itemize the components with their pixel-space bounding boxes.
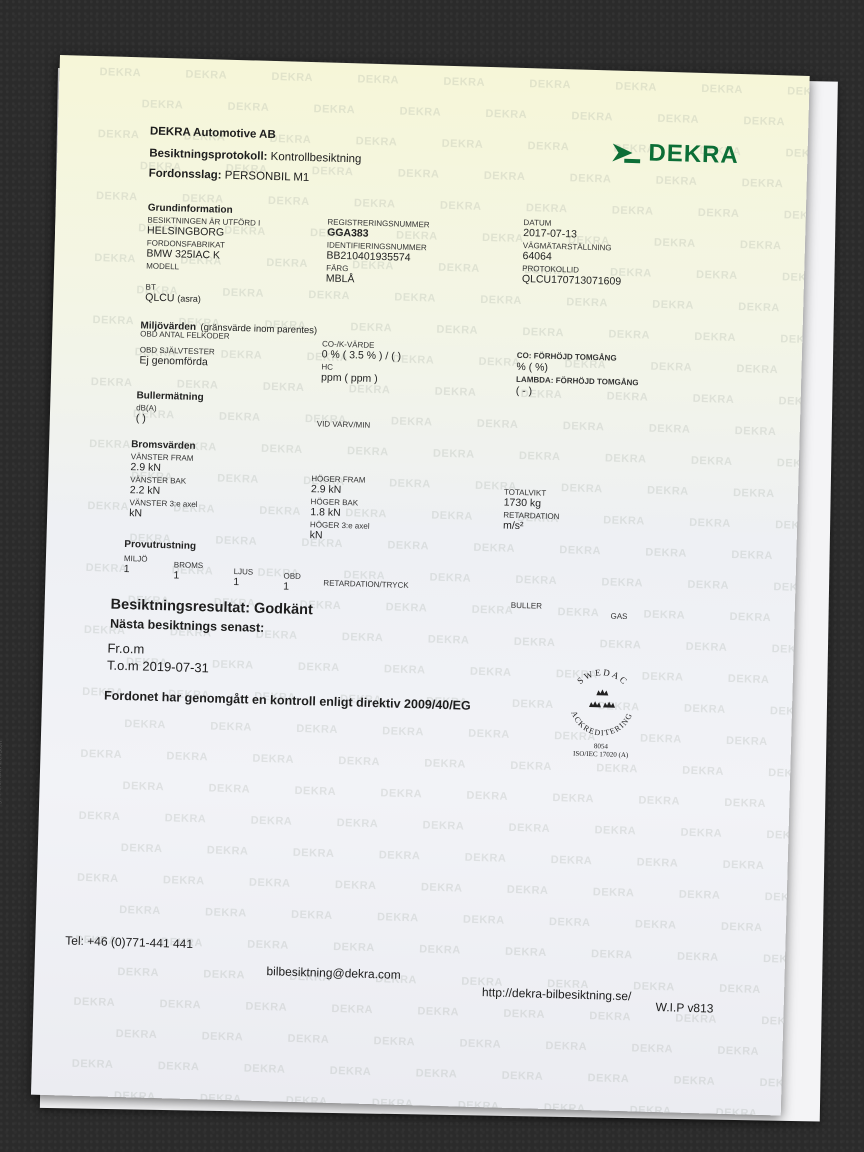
svg-text:ACKREDITERING: ACKREDITERING	[569, 709, 635, 738]
directive-statement: Fordonet har genomgått en kontroll enlig…	[104, 688, 471, 712]
label-bt: BT	[145, 282, 155, 291]
value-registration: GGA383	[327, 227, 369, 240]
vehicle-type-label: Fordonsslag:	[149, 168, 222, 182]
equipment-value: 1	[124, 563, 130, 575]
value-lambda: ( - )	[516, 385, 533, 397]
value-noise: ( )	[136, 412, 146, 424]
vehicle-type-line: Fordonsslag: PERSONBIL M1	[149, 168, 310, 184]
side-print-text: DEKRA 3386/ø91-05.12 Papier aus 100% chl…	[0, 740, 4, 963]
value-date: 2017-07-13	[523, 227, 577, 240]
section-basic-info: Grundinformation	[148, 203, 233, 216]
label-noise-rpm: VID VARV/MIN	[317, 419, 371, 429]
section-brakes: Bromsvärden	[131, 439, 196, 452]
dekra-arrow-icon	[612, 141, 641, 164]
inspection-protocol-sheet: DEKRADEKRADEKRADEKRADEKRADEKRADEKRADEKRA…	[31, 55, 810, 1116]
value-left-front: 2.9 kN	[130, 461, 161, 474]
swedac-crown-seal-icon: SWEDAC ACKREDITERING	[561, 664, 643, 738]
value-total-weight: 1730 kg	[504, 497, 542, 510]
value-retardation: m/s²	[503, 520, 524, 533]
equipment-label: BULLER	[511, 601, 542, 611]
value-identification: BB210401935574	[326, 250, 410, 264]
value-left-third: kN	[129, 507, 142, 519]
svg-text:SWEDAC: SWEDAC	[575, 666, 631, 687]
dekra-watermark: DEKRADEKRADEKRADEKRADEKRADEKRADEKRADEKRA…	[31, 55, 810, 1116]
dekra-logo-text: DEKRA	[648, 139, 739, 170]
to-value: 2019-07-31	[142, 659, 209, 676]
value-manufacturer: BMW 325IAC K	[146, 247, 220, 261]
value-bt: QLCU (asra)	[145, 291, 201, 305]
value-protocol-id: QLCU170713071609	[522, 273, 622, 288]
value-co-idle: % ( %)	[516, 361, 548, 374]
value-left-rear: 2.2 kN	[130, 484, 161, 497]
company-name: DEKRA Automotive AB	[150, 126, 276, 142]
equipment-label: RETARDATION/TRYCK	[323, 579, 409, 590]
dekra-logo: DEKRA	[612, 138, 739, 170]
bt-code: QLCU	[145, 291, 175, 304]
label-model: MODELL	[146, 261, 179, 271]
value-co-k: 0 % ( 3.5 % ) / ( )	[322, 348, 402, 362]
value-hc: ppm ( ppm )	[321, 371, 378, 385]
inspection-result: Besiktningsresultat: Godkänt	[110, 597, 313, 619]
section-test-equipment: Provutrustning	[124, 539, 196, 552]
protocol-line: Besiktningsprotokoll: Kontrollbesiktning	[149, 148, 361, 166]
label-obd-fault-codes: OBD ANTAL FELKODER	[140, 329, 230, 340]
value-inspection-location: HELSINGBORG	[147, 225, 224, 239]
vehicle-type-value: PERSONBIL M1	[225, 170, 310, 184]
equipment-label: OBD	[283, 571, 301, 580]
accreditation-standard: ISO/IEC 17020 (A)	[561, 749, 641, 759]
value-right-rear: 1.8 kN	[310, 506, 341, 519]
to-date-row: T.o.m 2019-07-31	[107, 658, 209, 676]
bt-note: (asra)	[177, 293, 201, 304]
section-noise: Bullermätning	[136, 390, 204, 403]
footer-phone: Tel: +46 (0)771-441 441	[65, 933, 193, 951]
equipment-label: GAS	[610, 612, 627, 621]
from-date-row: Fr.o.m	[107, 641, 144, 657]
equipment-value: 1	[283, 580, 289, 592]
footer-email[interactable]: bilbesiktning@dekra.com	[266, 964, 401, 982]
label-hc: HC	[321, 362, 333, 371]
footer-version: W.I.P v813	[655, 1000, 713, 1016]
swedac-accreditation-seal: SWEDAC ACKREDITERING 8054 ISO/IEC 17020 …	[560, 664, 643, 766]
next-inspection-label: Nästa besiktnings senast:	[110, 617, 265, 635]
value-obd-selftest: Ej genomförda	[139, 354, 208, 368]
test-equipment-list: MILJÖ1BROMS1LJUS1OBD1RETARDATION/TRYCKBU…	[60, 55, 810, 76]
protocol-label: Besiktningsprotokoll:	[149, 148, 267, 163]
value-right-front: 2.9 kN	[311, 483, 342, 496]
protocol-value: Kontrollbesiktning	[270, 151, 361, 166]
value-odometer: 64064	[522, 250, 552, 263]
to-label: T.o.m	[107, 658, 139, 674]
label-lambda: LAMBDA: FÖRHÖJD TOMGÅNG	[516, 375, 639, 387]
equipment-value: 1	[173, 569, 179, 581]
value-color: MBLÅ	[326, 273, 355, 286]
footer-website[interactable]: http://dekra-bilbesiktning.se/	[482, 985, 632, 1003]
value-right-third: kN	[310, 529, 323, 541]
from-label: Fr.o.m	[107, 641, 144, 657]
equipment-value: 1	[233, 576, 239, 588]
